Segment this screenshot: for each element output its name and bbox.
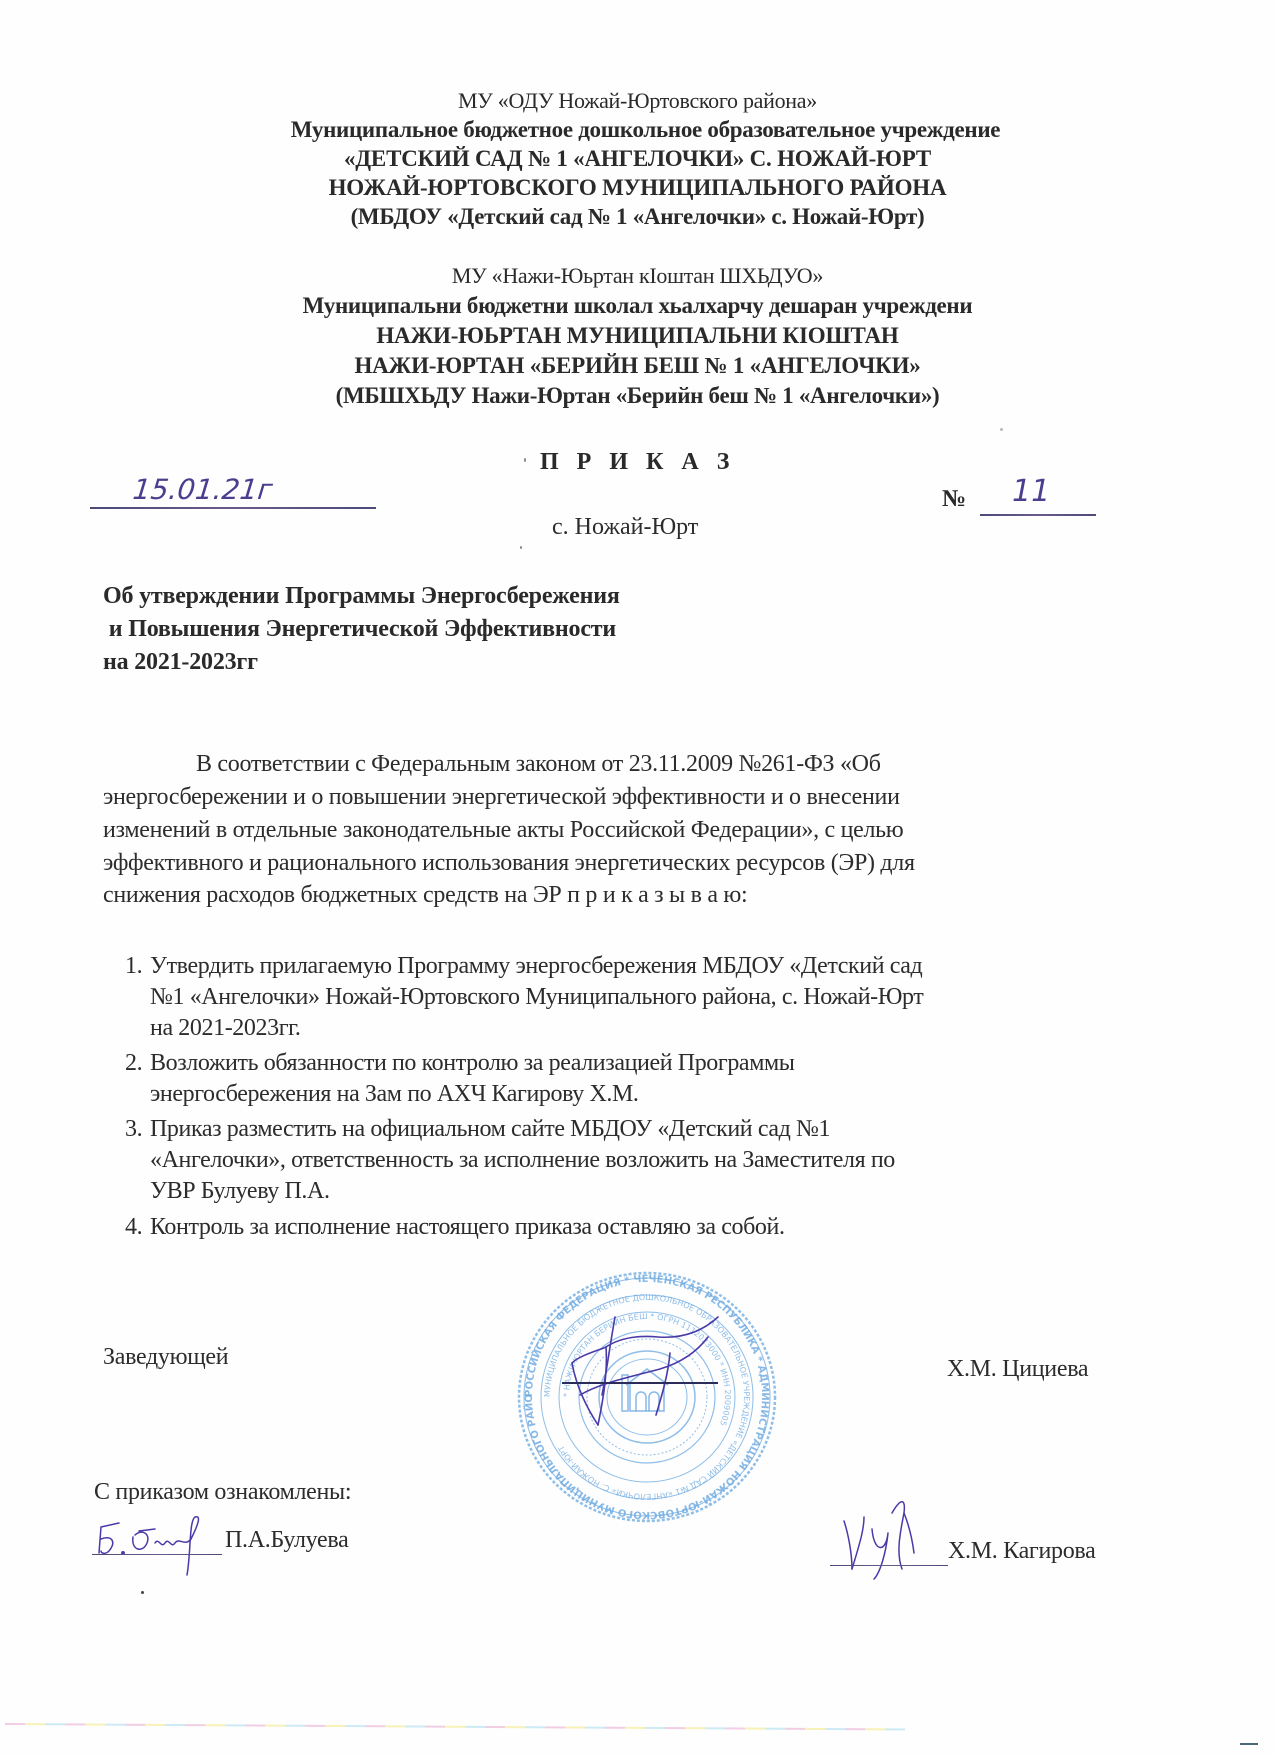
preamble-line4: эффективного и рационального использован…: [103, 848, 915, 879]
order-item-2: 2. Возложить обязанности по контролю за …: [150, 1048, 1160, 1110]
acknowledged-label: С приказом ознакомлены:: [94, 1479, 351, 1506]
header-ce-line3: НАЖИ-ЮЬРТАН МУНИЦИПАЛЬНИ КIОШТАН: [0, 323, 1275, 349]
order-number-handwritten: 11: [1012, 474, 1050, 509]
official-stamp-seal: РОССИЙСКАЯ ФЕДЕРАЦИЯ * ЧЕЧЕНСКАЯ РЕСПУБЛ…: [510, 1265, 785, 1530]
signature-underline-2: [830, 1565, 948, 1566]
number-underline: [980, 514, 1096, 516]
svg-text:МУНИЦИПАЛЬНОЕ БЮДЖЕТНОЕ ДОШКОЛ: МУНИЦИПАЛЬНОЕ БЮДЖЕТНОЕ ДОШКОЛЬНОЕ ОБРАЗ…: [543, 1293, 751, 1501]
document-page: МУ «ОДУ Ножай-Юртовского района» Муницип…: [0, 0, 1275, 1754]
order-date-handwritten: 15.01.21г: [131, 473, 274, 506]
scan-artifact-mark: [1240, 1743, 1258, 1745]
preamble-line1: В соответствии с Федеральным законом от …: [196, 749, 881, 780]
order-number-label: №: [942, 486, 966, 513]
list-number: 1.: [125, 951, 142, 982]
item-line: УВР Булуеву П.А.: [150, 1176, 1160, 1207]
scan-speck: [141, 1591, 144, 1594]
item-line: №1 «Ангелочки» Ножай-Юртовского Муниципа…: [150, 982, 1160, 1013]
header-ru-line5: (МБДОУ «Детский сад № 1 «Ангелочки» с. Н…: [0, 204, 1275, 230]
signature-kagirova: [830, 1493, 940, 1583]
header-ru-line3: «ДЕТСКИЙ САД № 1 «АНГЕЛОЧКИ» С. НОЖАЙ-ЮР…: [0, 146, 1275, 172]
acknowledged-person2: Х.М. Кагирова: [948, 1538, 1095, 1565]
date-underline: [90, 507, 376, 509]
item-line: «Ангелочки», ответственность за исполнен…: [150, 1145, 1160, 1176]
item-line: энергосбережения на Зам по АХЧ Кагирову …: [150, 1079, 1160, 1110]
order-item-1: 1. Утвердить прилагаемую Программу энерг…: [150, 951, 1160, 1044]
item-line: Контроль за исполнение настоящего приказ…: [150, 1212, 1160, 1243]
order-item-3: 3. Приказ разместить на официальном сайт…: [150, 1114, 1160, 1207]
subject-line2: и Повышения Энергетической Эффективности: [103, 613, 616, 646]
signature-underline-1: [92, 1554, 222, 1555]
list-number: 4.: [125, 1212, 142, 1243]
order-item-4: 4. Контроль за исполнение настоящего при…: [150, 1212, 1160, 1243]
stamp-icon: РОССИЙСКАЯ ФЕДЕРАЦИЯ * ЧЕЧЕНСКАЯ РЕСПУБЛ…: [510, 1265, 785, 1530]
header-ce-line4: НАЖИ-ЮРТАН «БЕРИЙН БЕШ № 1 «АНГЕЛОЧКИ»: [0, 353, 1275, 379]
header-ce-line5: (МБШХЬДУ Нажи-Юртан «Берийн беш № 1 «Анг…: [0, 383, 1275, 409]
order-place: с. Ножай-Юрт: [552, 514, 698, 541]
header-ru-line4: НОЖАЙ-ЮРТОВСКОГО МУНИЦИПАЛЬНОГО РАЙОНА: [0, 175, 1275, 201]
signature-bulueva: [95, 1513, 225, 1573]
header-ce-line1: МУ «Нажи-Юьртан кIоштан ШХЬДУО»: [0, 263, 1275, 289]
handwritten-signature-icon: [830, 1493, 940, 1583]
item-line: Утвердить прилагаемую Программу энергосб…: [150, 951, 1160, 982]
order-title: П Р И К А З: [540, 449, 735, 476]
header-ru-line2: Муниципальное бюджетное дошкольное образ…: [8, 117, 1275, 143]
signature-position: Заведующей: [103, 1344, 228, 1371]
handwritten-signature-icon: [95, 1513, 225, 1583]
list-number: 3.: [125, 1114, 142, 1145]
header-ce-line2: Муниципальни бюджетни школал хьалхарчу д…: [0, 293, 1275, 319]
scan-speck: [1000, 428, 1003, 431]
subject-line1: Об утверждении Программы Энергосбережени…: [103, 580, 620, 613]
list-number: 2.: [125, 1048, 142, 1079]
preamble-line2: энергосбережении и о повышении энергетич…: [103, 782, 900, 813]
scan-speck: [524, 458, 526, 462]
item-line: Возложить обязанности по контролю за реа…: [150, 1048, 1160, 1079]
acknowledged-person1: П.А.Булуева: [225, 1527, 348, 1554]
signature-name: Х.М. Цициева: [947, 1356, 1088, 1383]
preamble-line3: изменений в отдельные законодательные ак…: [103, 815, 903, 846]
scan-speck: [520, 546, 522, 549]
header-ru-line1: МУ «ОДУ Ножай-Юртовского района»: [0, 88, 1275, 114]
item-line: на 2021-2023гг.: [150, 1013, 1160, 1044]
preamble-line5: снижения расходов бюджетных средств на Э…: [103, 880, 747, 911]
item-line: Приказ разместить на официальном сайте М…: [150, 1114, 1160, 1145]
subject-line3: на 2021-2023гг: [103, 646, 258, 679]
scan-artifact-line: [5, 1723, 905, 1730]
